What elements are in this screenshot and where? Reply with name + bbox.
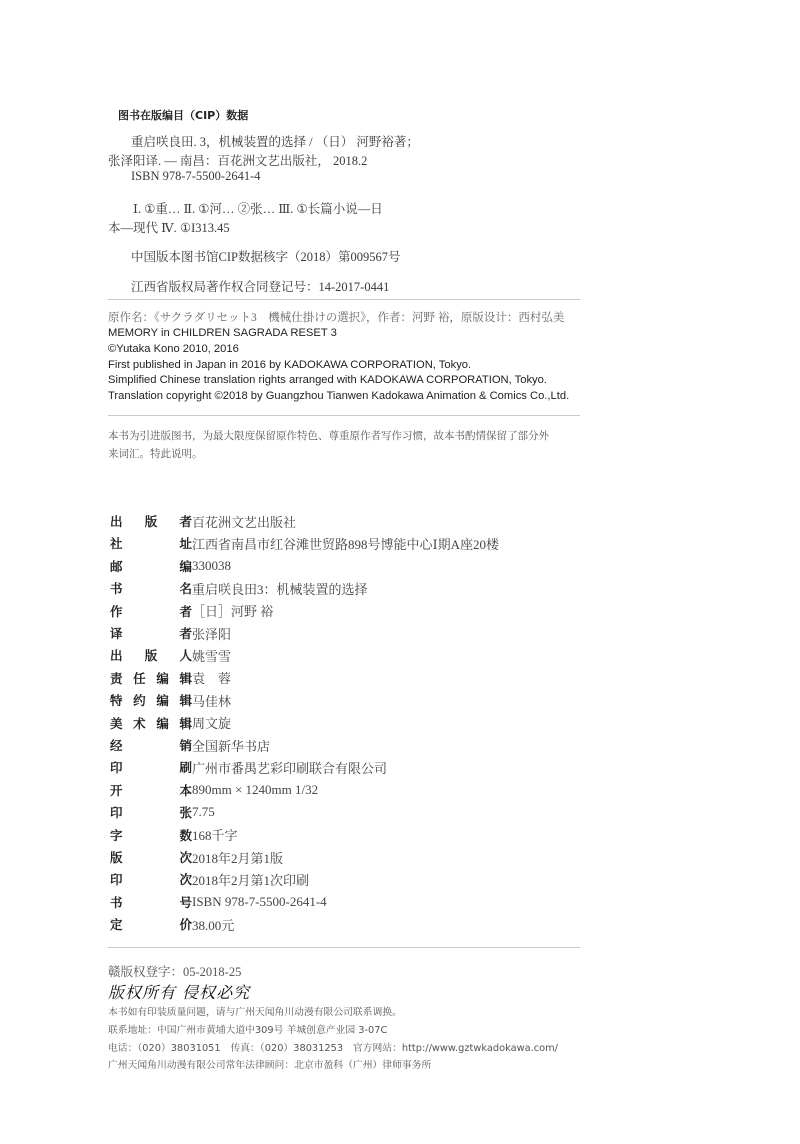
original-line: Translation copyright ©2018 by Guangzhou… [108,390,569,402]
info-label-char: 版 [110,848,123,866]
info-value: 重启咲良田3：机械装置的选择 [192,579,368,598]
info-value: ［日］河野 裕 [192,601,273,620]
info-label-char: 数 [179,826,192,844]
info-label: 作者 [110,602,192,620]
info-label-char: 价 [179,915,192,933]
original-line: MEMORY in CHILDREN SAGRADA RESET 3 [108,327,337,339]
info-label: 印次 [110,870,192,888]
info-label-char: 出 [110,646,123,664]
info-label-char: 销 [179,736,192,754]
contact-address: 联系地址：中国广州市黄埔大道中309号 羊城创意产业园 3-07C [108,1022,387,1036]
info-label-char: 约 [133,691,146,709]
info-value: 2018年2月第1次印刷 [192,870,309,889]
info-label-char: 出 [110,512,123,530]
info-label-char: 本 [179,781,192,799]
info-row: 美术编辑周文旋 [110,712,231,734]
info-row: 印刷广州市番禺艺彩印刷联合有限公司 [110,756,387,778]
info-value: 广州市番禺艺彩印刷联合有限公司 [192,758,387,777]
info-label-char: 书 [110,579,123,597]
footer-line: 本书如有印装质量问题，请与广州天闻角川动漫有限公司联系调换。 [108,1004,402,1018]
info-label-char: 辑 [179,714,192,732]
info-label-char: 邮 [110,557,123,575]
divider [108,299,580,300]
info-row: 出版人姚雪雪 [110,644,231,666]
cip-line: 张泽阳译. — 南昌：百花洲文艺出版社， 2018.2 [108,151,367,169]
info-label: 版次 [110,848,192,866]
info-label: 印张 [110,803,192,821]
info-row: 邮编330038 [110,555,231,577]
info-label: 美术编辑 [110,714,192,732]
note-line: 本书为引进版图书，为最大限度保留原作特色、尊重原作者写作习惯，故本书酌情保留了部… [108,428,549,443]
info-label-char: 辑 [179,691,192,709]
info-label-char: 者 [179,624,192,642]
info-row: 责任编辑袁 蓉 [110,667,231,689]
info-row: 开本890mm × 1240mm 1/32 [110,779,318,801]
info-label: 出版人 [110,646,192,664]
info-row: 社址江西省南昌市红谷滩世贸路898号博能中心Ⅰ期A座20楼 [110,532,499,554]
info-value: 全国新华书店 [192,736,270,755]
info-label-char: 版 [145,512,158,530]
info-label-char: 张 [179,803,192,821]
info-label: 定价 [110,915,192,933]
info-value: 张泽阳 [192,624,231,643]
note-line: 来词汇。特此说明。 [108,446,203,461]
info-value: 2018年2月第1版 [192,848,283,867]
cip-line: 中国版本图书馆CIP数据核字（2018）第009567号 [131,247,400,265]
info-row: 出版者百花洲文艺出版社 [110,510,296,532]
info-value: 周文旋 [192,713,231,732]
legal-counsel: 广州天闻角川动漫有限公司常年法律顾问：北京市盈科（广州）律师事务所 [108,1057,431,1071]
info-row: 印张7.75 [110,801,215,823]
info-label-char: 者 [179,602,192,620]
contact-phone: 电话：（020）38031051 传真：（020）38031253 官方网站：h… [108,1040,558,1054]
info-row: 书号ISBN 978-7-5500-2641-4 [110,891,327,913]
info-label-char: 术 [133,714,146,732]
copyright-notice: 版权所有 侵权必究 [108,980,250,1003]
info-row: 经销全国新华书店 [110,734,270,756]
original-line: First published in Japan in 2016 by KADO… [108,359,471,371]
info-label: 邮编 [110,557,192,575]
info-label-char: 号 [179,893,192,911]
info-label-char: 书 [110,893,123,911]
info-label-char: 次 [179,870,192,888]
info-label-char: 开 [110,781,123,799]
info-label: 出版者 [110,512,192,530]
info-label-char: 编 [156,714,169,732]
cip-line: ISBN 978-7-5500-2641-4 [131,169,261,184]
info-label: 社址 [110,534,192,552]
info-row: 特约编辑马佳林 [110,689,231,711]
info-row: 作者［日］河野 裕 [110,600,273,622]
info-label-char: 译 [110,624,123,642]
cip-line: 江西省版权局著作权合同登记号：14-2017-0441 [131,277,389,295]
divider [108,415,580,416]
info-label-char: 编 [156,691,169,709]
cip-line: 本—现代 Ⅳ. ①I313.45 [108,218,230,236]
info-label-char: 责 [110,669,123,687]
info-label-char: 次 [179,848,192,866]
info-label-char: 字 [110,826,123,844]
original-line: ©Yutaka Kono 2010, 2016 [108,343,239,355]
info-label-char: 定 [110,915,123,933]
info-row: 印次2018年2月第1次印刷 [110,868,309,890]
info-label: 经销 [110,736,192,754]
info-label: 印刷 [110,758,192,776]
info-label: 责任编辑 [110,669,192,687]
info-value: 百花洲文艺出版社 [192,512,296,531]
info-value: 袁 蓉 [192,668,231,687]
info-label: 译者 [110,624,192,642]
info-label-char: 特 [110,691,123,709]
info-value: 马佳林 [192,691,231,710]
info-value: 38.00元 [192,915,234,934]
info-label-char: 编 [156,669,169,687]
info-label: 特约编辑 [110,691,192,709]
info-label-char: 美 [110,714,123,732]
info-label-char: 任 [133,669,146,687]
info-value: 7.75 [192,804,215,820]
original-title: 原作名：《サクラダリセット3 機械仕掛けの選択》，作者：河野 裕，原版设计：西村… [108,309,564,325]
info-label-char: 印 [110,758,123,776]
info-value: 江西省南昌市红谷滩世贸路898号博能中心Ⅰ期A座20楼 [192,534,499,553]
info-label-char: 经 [110,736,123,754]
info-value: ISBN 978-7-5500-2641-4 [192,894,327,910]
cip-line: Ⅰ. ①重… Ⅱ. ①河… ②张… Ⅲ. ①长篇小说—日 [133,199,383,217]
cip-line: 重启咲良田. 3，机械装置的选择 / （日） 河野裕著； [131,132,419,150]
info-label-char: 印 [110,870,123,888]
info-label-char: 社 [110,534,123,552]
info-row: 书名重启咲良田3：机械装置的选择 [110,577,368,599]
info-label-char: 刷 [179,758,192,776]
info-value: 168千字 [192,825,238,844]
info-label-char: 印 [110,803,123,821]
info-label: 字数 [110,826,192,844]
info-label-char: 辑 [179,669,192,687]
info-value: 姚雪雪 [192,646,231,665]
info-row: 译者张泽阳 [110,622,231,644]
info-label-char: 人 [179,646,192,664]
info-label: 书名 [110,579,192,597]
info-label-char: 编 [179,557,192,575]
info-value: 330038 [192,558,231,574]
info-label-char: 作 [110,602,123,620]
info-row: 定价38.00元 [110,913,234,935]
info-label: 书号 [110,893,192,911]
info-row: 字数168千字 [110,824,238,846]
info-label-char: 版 [145,646,158,664]
original-line: Simplified Chinese translation rights ar… [108,374,547,386]
info-value: 890mm × 1240mm 1/32 [192,782,318,798]
cip-title: 图书在版编目（CIP）数据 [118,107,248,123]
info-row: 版次2018年2月第1版 [110,846,283,868]
info-label-char: 者 [179,512,192,530]
info-label: 开本 [110,781,192,799]
registration-number: 赣版权登字：05-2018-25 [108,962,241,980]
info-label-char: 址 [179,534,192,552]
info-label-char: 名 [179,579,192,597]
divider [108,947,580,948]
